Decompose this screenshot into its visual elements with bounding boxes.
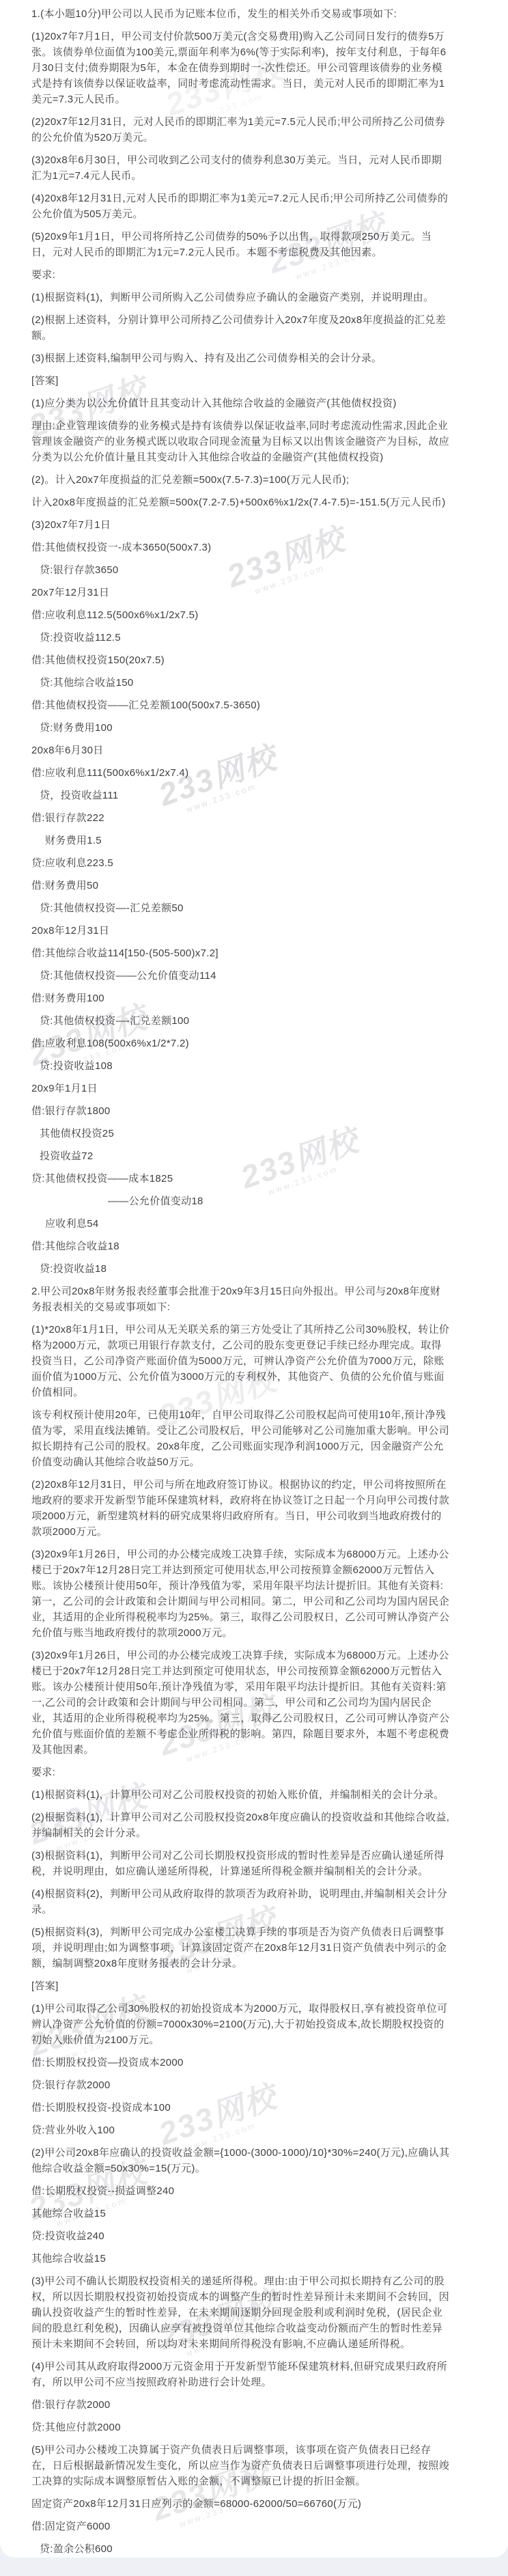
document-line: 借:其他综合收益114[150-(505-500)x7.2]: [31, 945, 451, 961]
document-line: (4)甲公司其从政府取得2000万元资金用于开发新型节能环保建筑材料,但研究成果…: [31, 2359, 451, 2390]
document-line: (2)根据资料(1)，计算甲公司对乙公司股权投资20x8年度应确认的投资收益和其…: [31, 1810, 451, 1841]
document-line: 其他综合收益15: [31, 2251, 451, 2267]
document-line: (5)根据资料(3)，判断甲公司完成办公室楼工决算手续的事项是否为资产负债表日后…: [31, 1924, 451, 1971]
document-line: (3)根据资料(1)，判断甲公司对乙公司长期股权投资形成的暂时性差异是否应确认递…: [31, 1848, 451, 1879]
document-line: 借:其他债权投资——汇兑差额100(500x7.5-3650): [31, 697, 451, 713]
document-line: 借:财务费用100: [31, 991, 451, 1006]
document-line: 借:应收利息111(500x6%x1/2x7.4): [31, 765, 451, 781]
document-body: 1.(本小题10分)甲公司以人民币为记账本位币，发生的相关外币交易或事项如下:(…: [0, 0, 508, 2558]
document-line: 借:银行存款2000: [31, 2397, 451, 2413]
document-line: 理由:企业管理该债券的业务模式是持有该债券以保证收益率,同时考虑流动性需求,因此…: [31, 418, 451, 465]
document-line: 贷:银行存款2000: [31, 2077, 451, 2093]
document-line: 要求:: [31, 267, 451, 283]
document-line: 贷:其他债权投资——成本1825: [31, 1171, 451, 1187]
document-line: 借:其他债权投资一-成本3650(500x7.3): [31, 540, 451, 555]
document-line: 固定资产20x8年12月31日应列示的金额=68000-62000/50=667…: [31, 2496, 451, 2512]
document-line: (4)20x8年12月31日,元对人民币的即期汇率为1美元=7.2元人民币;甲公…: [31, 191, 451, 222]
document-line: (2)根据上述资料，分别计算甲公司所持乙公司债券计入20x7年度及20x8年度损…: [31, 312, 451, 344]
document-line: 要求:: [31, 1764, 451, 1780]
document-line: 贷:营业外收入100: [31, 2122, 451, 2138]
document-line: [答案]: [31, 373, 451, 389]
document-line: 贷:投资收益108: [31, 1058, 451, 1074]
document-line: 贷:其他综合收益150: [31, 675, 451, 691]
document-line: 贷:其他应付款2000: [31, 2420, 451, 2435]
document-line: 借:其他综合收益18: [31, 1238, 451, 1254]
document-line: (5)甲公司办公楼竣工决算属于资产负债表日后调整事项，该事项在资产负债表日已经存…: [31, 2442, 451, 2489]
document-line: 借:长期股权投资--损益调整240: [31, 2183, 451, 2199]
document-line: (2)甲公司20x8年应确认的投资收益金额={1000-(3000-1000)/…: [31, 2145, 451, 2176]
document-line: (3)20x8年6月30日，甲公司收到乙公司支付的债券利息30万美元。当日，元对…: [31, 152, 451, 184]
document-line: (4)根据资料(2)，判断甲公司从政府取得的款项否为政府补助，说明理由,并编制相…: [31, 1886, 451, 1917]
document-line: (5)20x9年1月1日，甲公司将所持乙公司债券的50%予以出售，取得款项250…: [31, 229, 451, 260]
document-line: (3)甲公司不确认长期股权投资相关的递延所得税。理由:由于甲公司拟长期持有乙公司…: [31, 2273, 451, 2352]
document-line: 其他债权投资25: [31, 1126, 451, 1141]
document-line: 20x7年12月31日: [31, 585, 451, 600]
document-line: (3)根据上述资料,编制甲公司与购入、持有及出乙公司债券相关的会计分录。: [31, 350, 451, 366]
document-line: 1.(本小题10分)甲公司以人民币为记账本位币，发生的相关外币交易或事项如下:: [31, 6, 451, 22]
document-line: 贷:投资收益18: [31, 1261, 451, 1277]
document-line: 借:长期股权投资-投资成本100: [31, 2100, 451, 2116]
document-line: 借:银行存款222: [31, 810, 451, 826]
document-page: 233网校www.233.com 233网校www.233.com 233网校w…: [0, 0, 508, 2558]
document-line: 2.甲公司20x8年财务报表经董事会批准于20x9年3月15日向外报出。甲公司与…: [31, 1284, 451, 1315]
document-line: (2)20x8年12月31日，甲公司与所在地政府签订协议。根据协议的约定，甲公司…: [31, 1477, 451, 1540]
document-line: 借:其他债权投资150(20x7.5): [31, 652, 451, 668]
document-line: 借:财务费用50: [31, 878, 451, 894]
document-line: [答案]: [31, 1978, 451, 1994]
document-line: 贷:应收利息223.5: [31, 855, 451, 871]
document-line: (1)根据资料(1)，计算甲公司对乙公司股权投资的初始入账价值，并编制相关的会计…: [31, 1787, 451, 1803]
document-line: 贷:财务费用100: [31, 720, 451, 736]
document-line: 贷:盈余公积600: [31, 2541, 451, 2557]
document-line: 借:银行存款1800: [31, 1103, 451, 1119]
document-line: 20x8年6月30日: [31, 743, 451, 758]
document-line: 贷:其他债权投资—-汇兑差额50: [31, 900, 451, 916]
document-line: 投资收益72: [31, 1148, 451, 1164]
document-line: (3)20x9年1月26日，甲公司的办公楼完成竣工决算手续，实际成本为68000…: [31, 1547, 451, 1641]
document-line: (1)20x7年7月1日，甲公司支付价款500万美元(含交易费用)购入乙公司同日…: [31, 29, 451, 107]
document-line: 借:长期股权投资—投资成本2000: [31, 2055, 451, 2071]
document-line: 贷:其他债权投资——公允价值变动114: [31, 968, 451, 984]
document-line: 借:应收利息108(500x6%x1/2*7.2): [31, 1036, 451, 1051]
document-line: 借:固定资产6000: [31, 2519, 451, 2534]
document-line: 该专利权预计使用20年，已使用10年，自甲公司取得乙公司股权起尚可使用10年,预…: [31, 1407, 451, 1470]
document-line: 财务费用1.5: [31, 833, 451, 848]
document-line: 计入20x8年度损益的汇兑差额=500x(7.2-7.5)+500x6%x1/2…: [31, 495, 451, 510]
document-line: (2)20x7年12月31日，元对人民币的即期汇率为1美元=7.5元人民币;甲公…: [31, 114, 451, 146]
document-line: (1)应分类为以公允价值计且其变动计入其他综合收益的金融资产(其他债权投资): [31, 396, 451, 411]
document-line: (3)20x7年7月1日: [31, 517, 451, 533]
document-line: (3)20x9年1月26日，甲公司的办公楼完成竣工决算手续，实际成本为68000…: [31, 1648, 451, 1758]
document-line: (1)根据资料(1)，判断甲公司所购入乙公司债券应予确认的金融资产类别，并说明理…: [31, 290, 451, 305]
document-line: 20x9年1月1日: [31, 1081, 451, 1096]
document-line: 应收利息54: [31, 1216, 451, 1232]
document-line: 20x8年12月31日: [31, 923, 451, 939]
document-line: 贷，投资收益111: [31, 788, 451, 803]
document-line: 贷:银行存款3650: [31, 562, 451, 578]
document-line: 贷:投资收益112.5: [31, 630, 451, 646]
document-line: (2)。计入20x7年度损益的汇兑差额=500x(7.5-7.3)=100(万元…: [31, 472, 451, 488]
page-wrap: 233网校www.233.com 233网校www.233.com 233网校w…: [0, 0, 508, 2576]
document-line: ——公允价值变动18: [31, 1193, 451, 1209]
document-line: 贷:其他债权投资—-汇兑差额100: [31, 1013, 451, 1029]
document-line: (1)甲公司取得乙公司30%股权的初始投资成本为2000万元，取得股权日,享有被…: [31, 2001, 451, 2048]
document-line: (1)*20x8年1月1日，甲公司从无关联关系的第三方处受让了其所持乙公司30%…: [31, 1322, 451, 1400]
document-line: 借:应收利息112.5(500x6%x1/2x7.5): [31, 607, 451, 623]
document-line: 其他综合收益15: [31, 2206, 451, 2221]
document-line: 贷:投资收益240: [31, 2228, 451, 2244]
